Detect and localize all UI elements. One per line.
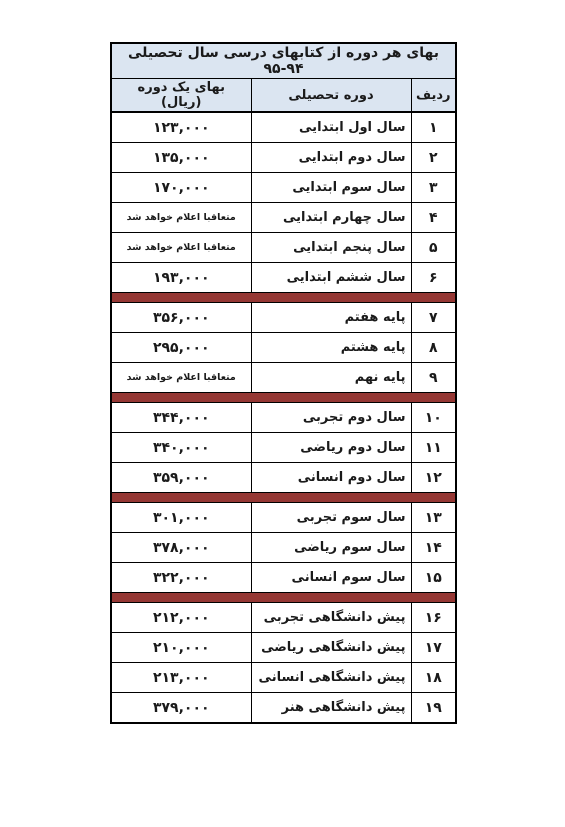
course-cell: سال چهارم ابتدایی [251, 203, 411, 233]
header-row: ردیف دوره تحصیلی بهای یک دوره (ریال) [111, 79, 456, 113]
table-row: ۱۲ سال دوم انسانی ۳۵۹,۰۰۰ [111, 463, 456, 493]
table-row: ۱۶ پیش دانشگاهی تجربی ۲۱۲,۰۰۰ [111, 603, 456, 633]
course-cell: سال ششم ابتدایی [251, 263, 411, 293]
course-cell: سال اول ابتدایی [251, 112, 411, 143]
row-number-cell: ۲ [411, 143, 456, 173]
price-cell: ۱۳۵,۰۰۰ [111, 143, 251, 173]
table-row: ۷ پایه هفتم ۳۵۶,۰۰۰ [111, 303, 456, 333]
price-cell-pending: متعاقبا اعلام خواهد شد [111, 363, 251, 393]
course-cell: سال دوم ریاضی [251, 433, 411, 463]
price-cell: ۳۴۴,۰۰۰ [111, 403, 251, 433]
table-row: ۱۹ پیش دانشگاهی هنر ۳۷۹,۰۰۰ [111, 693, 456, 724]
table-row: ۴ سال چهارم ابتدایی متعاقبا اعلام خواهد … [111, 203, 456, 233]
table-row: ۱۳ سال سوم تجربی ۳۰۱,۰۰۰ [111, 503, 456, 533]
row-number-cell: ۱ [411, 112, 456, 143]
price-cell-pending: متعاقبا اعلام خواهد شد [111, 203, 251, 233]
table-row: ۱ سال اول ابتدایی ۱۲۳,۰۰۰ [111, 112, 456, 143]
course-cell: سال سوم ابتدایی [251, 173, 411, 203]
price-cell: ۳۵۶,۰۰۰ [111, 303, 251, 333]
course-cell: پایه هشتم [251, 333, 411, 363]
price-cell: ۱۷۰,۰۰۰ [111, 173, 251, 203]
price-cell: ۳۵۹,۰۰۰ [111, 463, 251, 493]
row-number-cell: ۹ [411, 363, 456, 393]
course-cell: پیش دانشگاهی ریاضی [251, 633, 411, 663]
table-row: ۱۱ سال دوم ریاضی ۳۴۰,۰۰۰ [111, 433, 456, 463]
course-cell: سال سوم انسانی [251, 563, 411, 593]
separator-bar [111, 293, 456, 303]
price-cell: ۳۷۹,۰۰۰ [111, 693, 251, 724]
section-separator [111, 593, 456, 603]
row-number-cell: ۱۰ [411, 403, 456, 433]
table-row: ۱۴ سال سوم ریاضی ۳۷۸,۰۰۰ [111, 533, 456, 563]
table-row: ۵ سال پنجم ابتدایی متعاقبا اعلام خواهد ش… [111, 233, 456, 263]
separator-bar [111, 393, 456, 403]
row-number-cell: ۱۲ [411, 463, 456, 493]
separator-bar [111, 593, 456, 603]
header-row-number: ردیف [411, 79, 456, 113]
row-number-cell: ۱۹ [411, 693, 456, 724]
course-cell: پایه نهم [251, 363, 411, 393]
header-price: بهای یک دوره (ریال) [111, 79, 251, 113]
course-cell: پیش دانشگاهی هنر [251, 693, 411, 724]
price-cell: ۳۴۰,۰۰۰ [111, 433, 251, 463]
price-cell: ۲۹۵,۰۰۰ [111, 333, 251, 363]
course-cell: سال دوم ابتدایی [251, 143, 411, 173]
price-cell: ۱۹۳,۰۰۰ [111, 263, 251, 293]
row-number-cell: ۱۳ [411, 503, 456, 533]
table-row: ۹ پایه نهم متعاقبا اعلام خواهد شد [111, 363, 456, 393]
price-cell: ۲۱۲,۰۰۰ [111, 603, 251, 633]
row-number-cell: ۱۷ [411, 633, 456, 663]
price-cell-pending: متعاقبا اعلام خواهد شد [111, 233, 251, 263]
header-course: دوره تحصیلی [251, 79, 411, 113]
table-row: ۸ پایه هشتم ۲۹۵,۰۰۰ [111, 333, 456, 363]
price-cell: ۳۲۲,۰۰۰ [111, 563, 251, 593]
course-cell: سال سوم تجربی [251, 503, 411, 533]
section-separator [111, 393, 456, 403]
row-number-cell: ۴ [411, 203, 456, 233]
row-number-cell: ۱۶ [411, 603, 456, 633]
course-cell: پایه هفتم [251, 303, 411, 333]
table-row: ۱۵ سال سوم انسانی ۳۲۲,۰۰۰ [111, 563, 456, 593]
course-cell: پیش دانشگاهی انسانی [251, 663, 411, 693]
separator-bar [111, 493, 456, 503]
section-separator [111, 293, 456, 303]
table-row: ۱۷ پیش دانشگاهی ریاضی ۲۱۰,۰۰۰ [111, 633, 456, 663]
row-number-cell: ۵ [411, 233, 456, 263]
course-cell: سال دوم تجربی [251, 403, 411, 433]
table-row: ۱۰ سال دوم تجربی ۳۴۴,۰۰۰ [111, 403, 456, 433]
table-row: ۱۸ پیش دانشگاهی انسانی ۲۱۳,۰۰۰ [111, 663, 456, 693]
row-number-cell: ۳ [411, 173, 456, 203]
course-cell: سال پنجم ابتدایی [251, 233, 411, 263]
price-cell: ۲۱۳,۰۰۰ [111, 663, 251, 693]
price-cell: ۳۰۱,۰۰۰ [111, 503, 251, 533]
table-row: ۶ سال ششم ابتدایی ۱۹۳,۰۰۰ [111, 263, 456, 293]
row-number-cell: ۱۱ [411, 433, 456, 463]
textbook-price-table: بهای هر دوره از کتابهای درسی سال تحصیلی … [110, 42, 457, 724]
table-row: ۳ سال سوم ابتدایی ۱۷۰,۰۰۰ [111, 173, 456, 203]
title-row: بهای هر دوره از کتابهای درسی سال تحصیلی … [111, 43, 456, 79]
course-cell: سال سوم ریاضی [251, 533, 411, 563]
section-separator [111, 493, 456, 503]
row-number-cell: ۱۴ [411, 533, 456, 563]
price-cell: ۲۱۰,۰۰۰ [111, 633, 251, 663]
row-number-cell: ۱۸ [411, 663, 456, 693]
price-cell: ۱۲۳,۰۰۰ [111, 112, 251, 143]
price-cell: ۳۷۸,۰۰۰ [111, 533, 251, 563]
row-number-cell: ۶ [411, 263, 456, 293]
table-title: بهای هر دوره از کتابهای درسی سال تحصیلی … [111, 43, 456, 79]
course-cell: پیش دانشگاهی تجربی [251, 603, 411, 633]
row-number-cell: ۷ [411, 303, 456, 333]
document-page: بهای هر دوره از کتابهای درسی سال تحصیلی … [0, 0, 565, 827]
row-number-cell: ۸ [411, 333, 456, 363]
row-number-cell: ۱۵ [411, 563, 456, 593]
course-cell: سال دوم انسانی [251, 463, 411, 493]
table-row: ۲ سال دوم ابتدایی ۱۳۵,۰۰۰ [111, 143, 456, 173]
